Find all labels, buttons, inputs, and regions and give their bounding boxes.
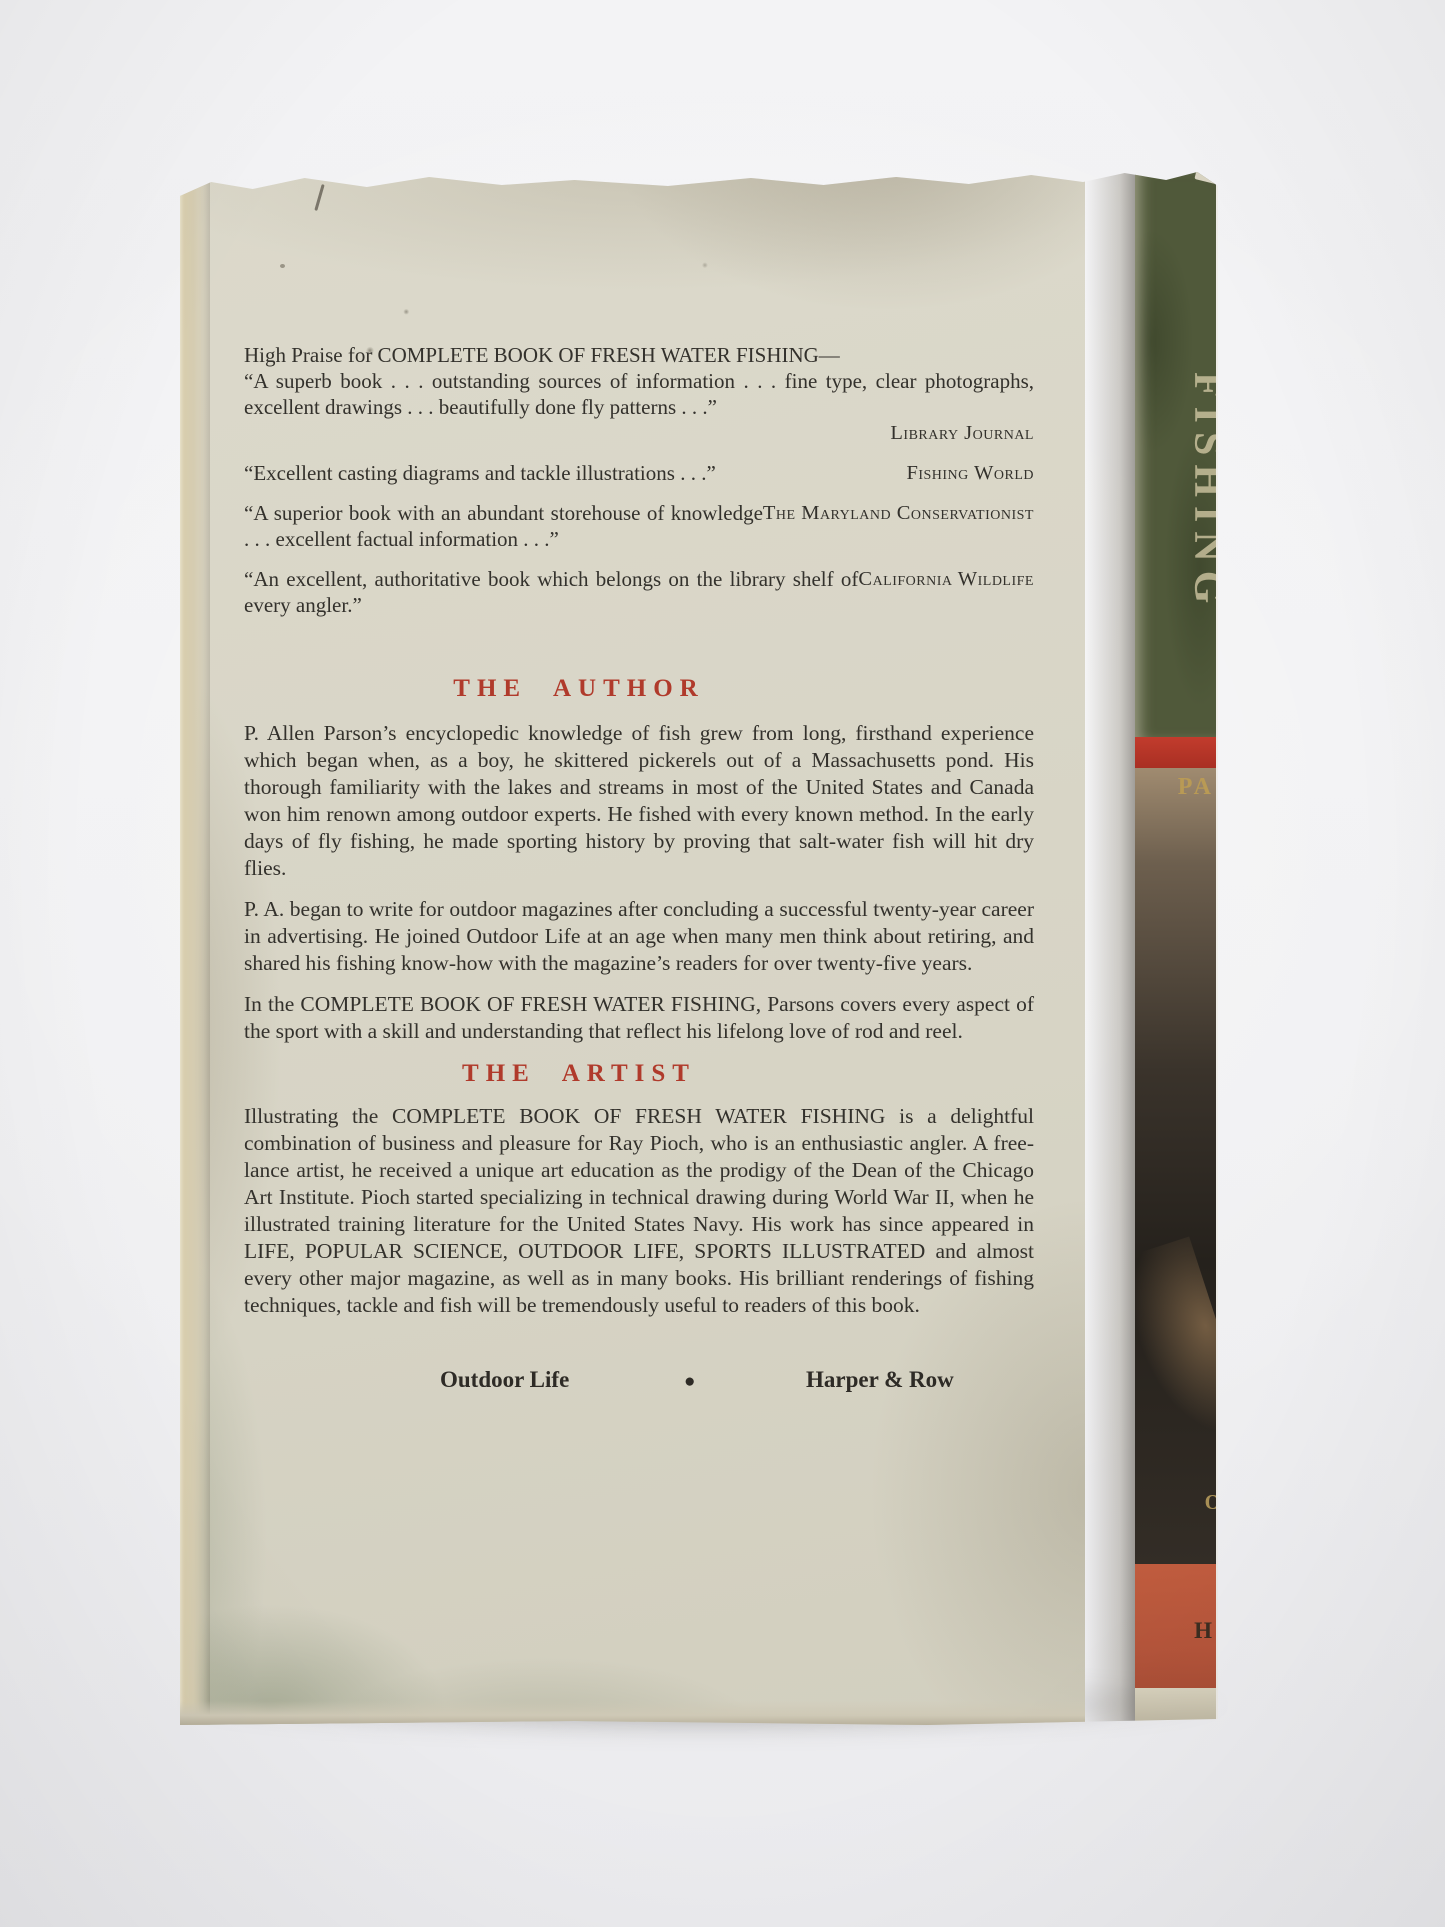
author-paragraph: P. Allen Parson’s encyclopedic knowledge… (244, 720, 1034, 882)
spine-publisher-fragment-top: O (1205, 1490, 1218, 1515)
book-bottom-edge (180, 1701, 1085, 1725)
separator-dot-icon: ● (684, 1369, 695, 1395)
spine-torn-corner (1194, 172, 1218, 185)
spine-green-band: FISHING (1135, 172, 1216, 737)
spine-face: FISHING PA O H (1135, 172, 1218, 1725)
book-spine: FISHING PA O H (1085, 172, 1218, 1725)
review-quote-library-journal: “A superb book . . . outstanding sources… (244, 368, 1034, 446)
quote-source: Library Journal (244, 420, 1034, 446)
spine-publisher-fragment-bottom: H (1194, 1618, 1212, 1644)
artist-section-heading: THE ARTIST (244, 1061, 1034, 1087)
spine-orange-band: H (1135, 1564, 1216, 1688)
quote-text: “Excellent casting diagrams and tackle i… (244, 461, 716, 485)
review-quote-fishing-world: Fishing World “Excellent casting diagram… (244, 460, 1034, 486)
back-cover-jacket: High Praise for COMPLETE BOOK OF FRESH W… (180, 172, 1085, 1725)
review-quote-maryland-conservationist: The Maryland Conservationist “A superior… (244, 500, 1034, 552)
quote-source: Fishing World (906, 460, 1034, 486)
author-paragraph: P. A. began to write for outdoor magazin… (244, 896, 1034, 977)
spine-author-fragment: PA (1178, 774, 1214, 801)
quote-source: The Maryland Conservationist (763, 500, 1034, 526)
spine-fold-shading (1085, 172, 1135, 1725)
publisher-footer: Outdoor Life ● Harper & Row (244, 1367, 1034, 1397)
quote-text: “A superb book . . . outstanding sources… (244, 369, 1034, 419)
spine-fish-image (1135, 1237, 1218, 1452)
photo-background: High Praise for COMPLETE BOOK OF FRESH W… (0, 0, 1445, 1927)
jacket-fold-edge (180, 172, 210, 1725)
spine-title-fragment: FISHING (1184, 372, 1218, 612)
publisher-outdoor-life: Outdoor Life (440, 1367, 569, 1393)
spine-photo-area: PA O (1135, 768, 1216, 1564)
spine-red-stripe (1135, 737, 1216, 768)
quote-text: “A superior book with an abundant storeh… (244, 501, 763, 551)
praise-heading: High Praise for COMPLETE BOOK OF FRESH W… (244, 342, 1034, 368)
author-section-heading: THE AUTHOR (244, 676, 1034, 702)
review-quote-california-wildlife: California Wildlife “An excellent, autho… (244, 566, 1034, 618)
jacket-scratch-mark (314, 184, 324, 211)
book: High Praise for COMPLETE BOOK OF FRESH W… (180, 172, 1218, 1725)
jacket-stain-speck (280, 264, 285, 268)
back-cover-text: High Praise for COMPLETE BOOK OF FRESH W… (244, 342, 1034, 1397)
artist-paragraph: Illustrating the COMPLETE BOOK OF FRESH … (244, 1103, 1034, 1319)
publisher-harper-row: Harper & Row (806, 1367, 954, 1393)
quote-text: “An excellent, authoritative book which … (244, 567, 858, 617)
author-paragraph: In the COMPLETE BOOK OF FRESH WATER FISH… (244, 991, 1034, 1045)
quote-source: California Wildlife (858, 566, 1034, 592)
